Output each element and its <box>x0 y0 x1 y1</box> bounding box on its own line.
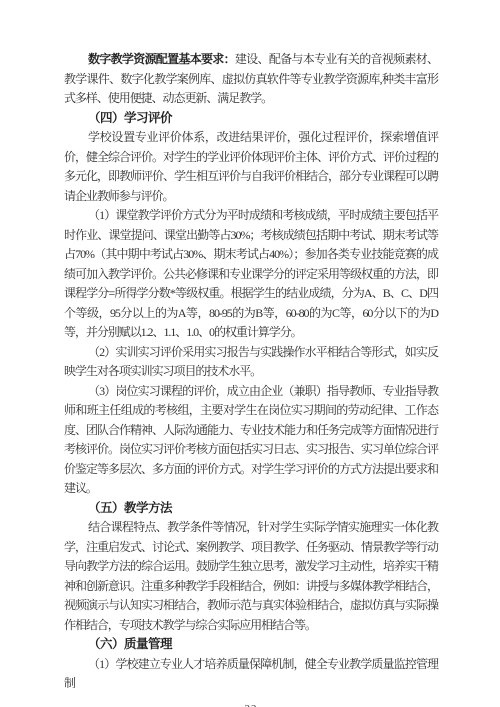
paragraph-lead: 数字教学资源配置基本要求： <box>88 52 235 66</box>
section-heading: （六）质量管理 <box>64 635 438 655</box>
paragraph: （1）课堂教学评价方式分为平时成绩和考核成绩，平时成绩主要包括平时作业、课堂提问… <box>64 206 438 343</box>
paragraph: （2）实训实习评价采用实习报告与实践操作水平相结合等形式，如实反映学生对各项实训… <box>64 343 438 382</box>
paragraph: （1）学校建立专业人才培养质量保障机制，健全专业教学质量监控管理制 <box>64 655 438 694</box>
document-body: 数字教学资源配置基本要求：建设、配备与本专业有关的音视频素材、教学课件、数字化教… <box>64 50 438 707</box>
section-heading: （五）教学方法 <box>64 499 438 519</box>
section-heading: （四）学习评价 <box>64 109 438 129</box>
paragraph: 数字教学资源配置基本要求：建设、配备与本专业有关的音视频素材、教学课件、数字化教… <box>64 50 438 109</box>
page-number: — 22 — <box>64 703 438 707</box>
paragraph: 学校设置专业评价体系，改进结果评价，强化过程评价，探索增值评价，健全综合评价。对… <box>64 128 438 206</box>
paragraph: 结合课程特点、教学条件等情况，针对学生实际学情实施理实一体化教学，注重启发式、讨… <box>64 518 438 635</box>
document-page: 数字教学资源配置基本要求：建设、配备与本专业有关的音视频素材、教学课件、数字化教… <box>0 0 500 707</box>
paragraph: （3）岗位实习课程的评价，成立由企业（兼职）指导教师、专业指导教师和班主任组成的… <box>64 382 438 499</box>
